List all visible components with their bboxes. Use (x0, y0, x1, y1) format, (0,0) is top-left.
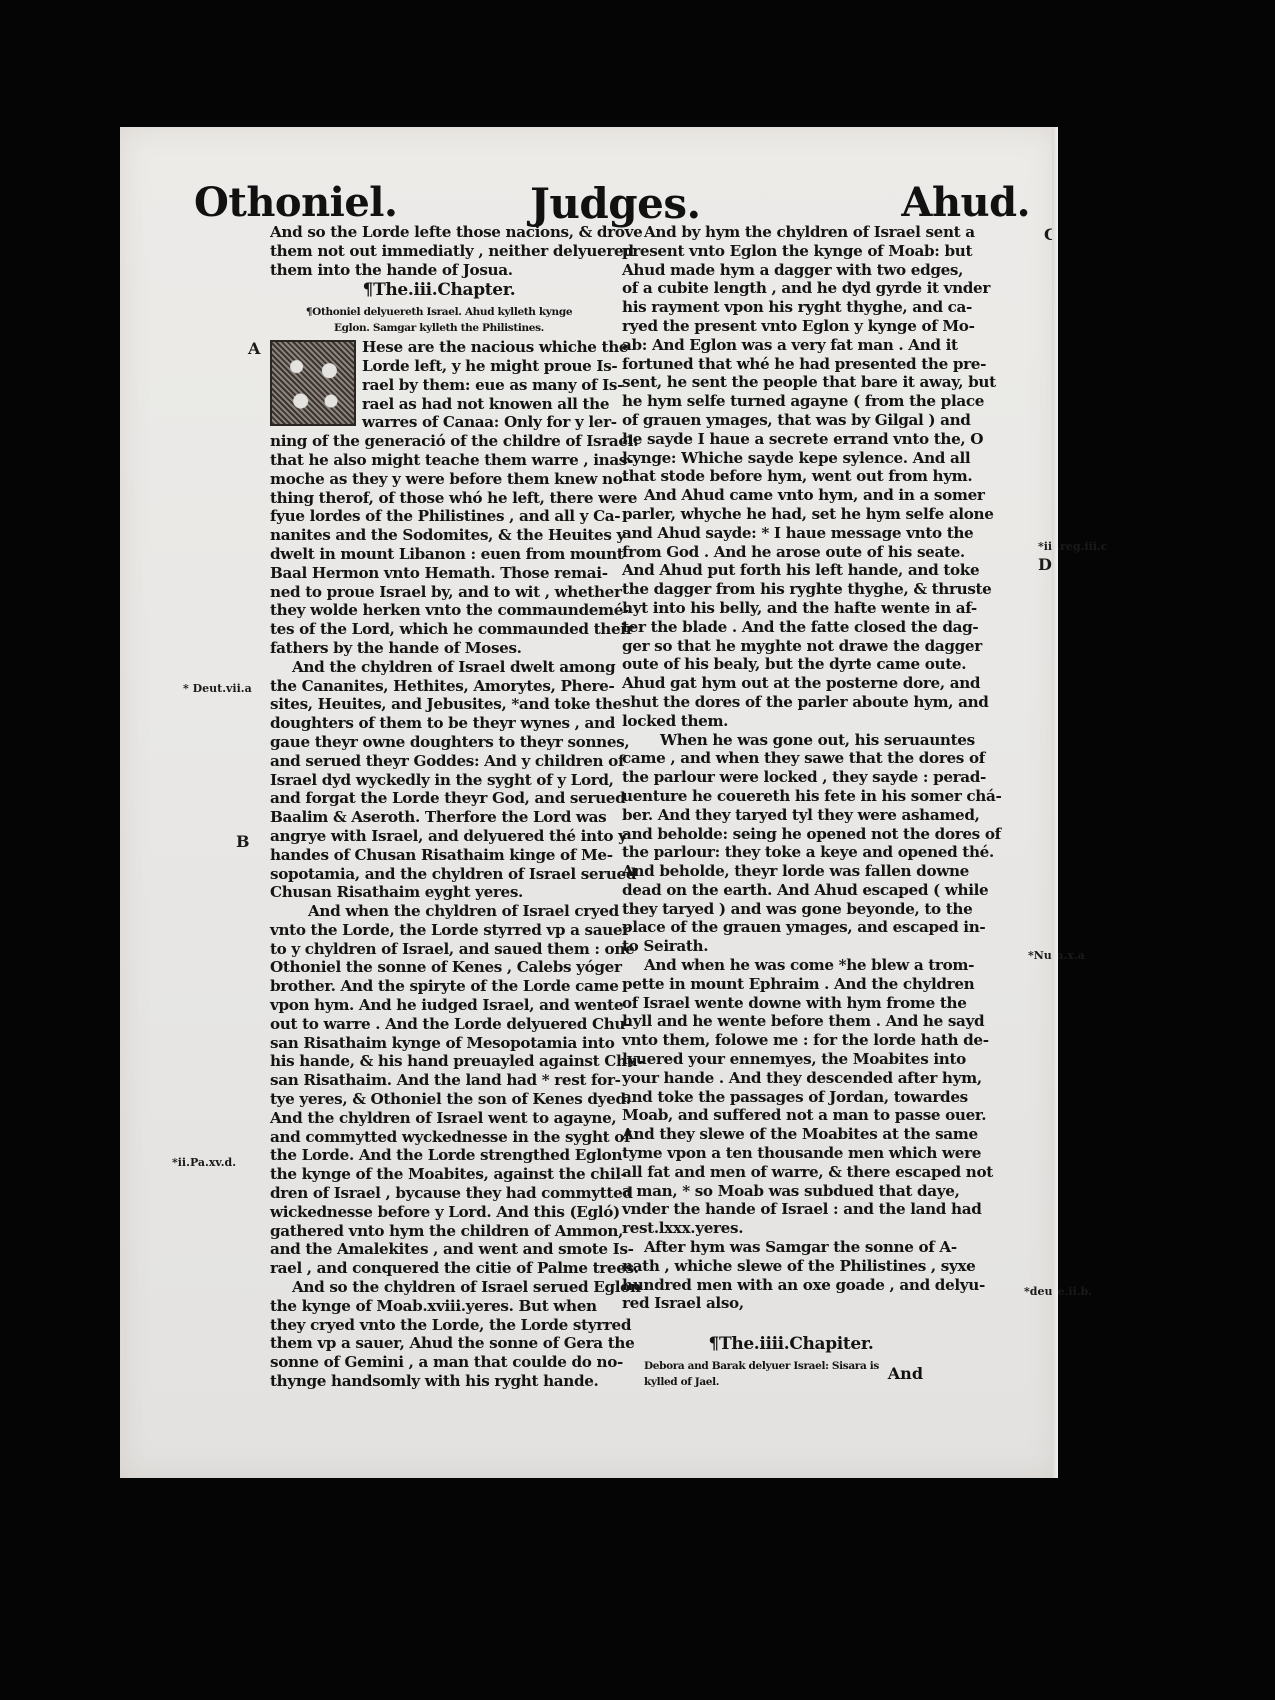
text-line: moche as they y were before them knew no… (270, 470, 608, 489)
text-line: dwelt in mount Libanon : euen from mount (270, 545, 608, 564)
margin-cross-reference: *Num.x.a (1028, 949, 1085, 962)
text-line: and beholde: seing he opened not the dor… (622, 825, 960, 844)
text-line: Baalim & Aseroth. Therfore the Lord was (270, 808, 608, 827)
text-line: thynge handsomly with his ryght hande. (270, 1372, 608, 1391)
text-line: Israel dyd wyckedly in the syght of y Lo… (270, 771, 608, 790)
text-line: ter the blade . And the fatte closed the… (622, 618, 960, 637)
text-line: them vp a sauer, Ahud the sonne of Gera … (270, 1334, 608, 1353)
text-line: After hym was Samgar the sonne of A- (622, 1238, 960, 1257)
text-line: Ahud made hym a dagger with two edges, (622, 261, 960, 280)
text-line: his hande, & his hand preuayled against … (270, 1052, 608, 1071)
text-line: And when he was come *he blew a trom- (622, 956, 960, 975)
text-line: vpon hym. And he iudged Israel, and went… (270, 996, 608, 1015)
margin-cross-reference: *deute.ii.b. (1024, 1285, 1092, 1298)
book-page: Othoniel. Judges. Ahud. And so the Lorde… (120, 127, 1058, 1478)
running-head-book-title: Judges. (530, 179, 701, 228)
text-line: sopotamia, and the chyldren of Israel se… (270, 865, 608, 884)
text-line: of a cubite length , and he dyd gyrde it… (622, 279, 960, 298)
text-line: angrye with Israel, and delyuered thé in… (270, 827, 608, 846)
margin-section-letter: D (1038, 555, 1052, 574)
text-line: ning of the generació of the childre of … (270, 432, 608, 451)
chapter-summary-line: Eglon. Samgar kylleth the Philistines. (270, 322, 608, 334)
chapter-heading: ¶The.iii.Chapter. (270, 281, 608, 300)
text-line: red Israel also, (622, 1294, 960, 1313)
text-line: And so the Lorde lefte those nacions, & … (270, 223, 608, 242)
text-line: And Ahud came vnto hym, and in a somer (622, 486, 960, 505)
text-line: ber. And they taryed tyl they were asham… (622, 806, 960, 825)
text-line: kynge: Whiche sayde kepe sylence. And al… (622, 449, 960, 468)
text-line: And they slewe of the Moabites at the sa… (622, 1125, 960, 1144)
text-line: of Israel wente downe with hym frome the (622, 994, 960, 1013)
text-line: And Ahud put forth his left hande, and t… (622, 561, 960, 580)
text-line: ryed the present vnto Eglon y kynge of M… (622, 317, 960, 336)
chapter-heading: ¶The.iiii.Chapiter. (622, 1335, 960, 1354)
text-line: and the Amalekites , and went and smote … (270, 1240, 608, 1259)
text-line: and commytted wyckednesse in the syght o… (270, 1128, 608, 1147)
text-line: parler, whyche he had, set he hym selfe … (622, 505, 960, 524)
margin-section-letter: B (236, 832, 250, 851)
text-line: place of the grauen ymages, and escaped … (622, 918, 960, 937)
text-line: hundred men with an oxe goade , and dely… (622, 1276, 960, 1295)
margin-cross-reference: * Deut.vii.a (183, 682, 252, 695)
text-line: the dagger from his ryghte thyghe, & thr… (622, 580, 960, 599)
text-line: they wolde herken vnto the commaundemé- (270, 601, 608, 620)
text-line: that stode before hym, went out from hym… (622, 467, 960, 486)
text-line: And so the chyldren of Israel serued Egl… (270, 1278, 608, 1297)
text-line: present vnto Eglon the kynge of Moab: bu… (622, 242, 960, 261)
text-line: pette in mount Ephraim . And the chyldre… (622, 975, 960, 994)
text-line: gathered vnto hym the children of Ammon, (270, 1222, 608, 1241)
text-line: uenture he couereth his fete in his some… (622, 787, 960, 806)
text-line: san Risathaim. And the land had * rest f… (270, 1071, 608, 1090)
text-line: And when the chyldren of Israel cryed (270, 902, 608, 921)
text-line: hyt into his belly, and the hafte wente … (622, 599, 960, 618)
text-line: fathers by the hande of Moses. (270, 639, 608, 658)
decorated-initial-icon (270, 340, 356, 426)
running-head-right: Ahud. (901, 179, 1030, 226)
text-line: the Cananites, Hethites, Amorytes, Phere… (270, 677, 608, 696)
text-line: ab: And Eglon was a very fat man . And i… (622, 336, 960, 355)
text-line: handes of Chusan Risathaim kinge of Me- (270, 846, 608, 865)
text-line: and toke the passages of Jordan, towarde… (622, 1088, 960, 1107)
text-line: dren of Israel , bycause they had commyt… (270, 1184, 608, 1203)
text-line: sonne of Gemini , a man that coulde do n… (270, 1353, 608, 1372)
text-line: fyue lordes of the Philistines , and all… (270, 507, 608, 526)
text-line: gaue theyr owne doughters to theyr sonne… (270, 733, 608, 752)
initial-paragraph: Hese are the nacious whiche the Lorde le… (270, 338, 608, 432)
text-line: them not out immediatly , neither delyue… (270, 242, 608, 261)
text-line: rest.lxxx.yeres. (622, 1219, 960, 1238)
text-line: a man, * so Moab was subdued that daye, (622, 1182, 960, 1201)
text-line: shut the dores of the parler aboute hym,… (622, 693, 960, 712)
text-line: Baal Hermon vnto Hemath. Those remai- (270, 564, 608, 583)
text-line: Moab, and suffered not a man to passe ou… (622, 1106, 960, 1125)
chapter-summary-line: ¶Othoniel delyuereth Israel. Ahud kyllet… (270, 306, 608, 318)
text-line: the Lorde. And the Lorde strengthed Eglo… (270, 1146, 608, 1165)
text-line: hyll and he wente before them . And he s… (622, 1012, 960, 1031)
text-line: and serued theyr Goddes: And y children … (270, 752, 608, 771)
text-line: he sayde I haue a secrete errand vnto th… (622, 430, 960, 449)
text-line: that he also might teache them warre , i… (270, 451, 608, 470)
text-line: And by hym the chyldren of Israel sent a (622, 223, 960, 242)
text-line: to y chyldren of Israel, and saued them … (270, 940, 608, 959)
text-line: from God . And he arose oute of his seat… (622, 543, 960, 562)
text-line: wickednesse before y Lord. And this (Egl… (270, 1203, 608, 1222)
text-line: came , and when they sawe that the dores… (622, 749, 960, 768)
text-line: them into the hande of Josua. (270, 261, 608, 280)
text-line: and forgat the Lorde theyr God, and seru… (270, 789, 608, 808)
text-line: out to warre . And the Lorde delyuered C… (270, 1015, 608, 1034)
text-line: fortuned that whé he had presented the p… (622, 355, 960, 374)
text-line: Othoniel the sonne of Kenes , Calebs yóg… (270, 958, 608, 977)
text-line: your hande . And they descended after hy… (622, 1069, 960, 1088)
text-line: the parlour: they toke a keye and opened… (622, 843, 960, 862)
text-line: vnto the Lorde, the Lorde styrred vp a s… (270, 921, 608, 940)
text-line: lyuered your ennemyes, the Moabites into (622, 1050, 960, 1069)
text-line: tyme vpon a ten thousande men which were (622, 1144, 960, 1163)
text-line: ger so that he myghte not drawe the dagg… (622, 637, 960, 656)
text-line: brother. And the spiryte of the Lorde ca… (270, 977, 608, 996)
text-line: san Risathaim kynge of Mesopotamia into (270, 1034, 608, 1053)
right-column: And by hym the chyldren of Israel sent a… (622, 223, 960, 1392)
text-line: And beholde, theyr lorde was fallen down… (622, 862, 960, 881)
text-line: sites, Heuites, and Jebusites, *and toke… (270, 695, 608, 714)
text-line: the kynge of Moab.xviii.yeres. But when (270, 1297, 608, 1316)
text-line: all fat and men of warre, & there escape… (622, 1163, 960, 1182)
text-line: the parlour were locked , they sayde : p… (622, 768, 960, 787)
text-line: oute of his bealy, but the dyrte came ou… (622, 655, 960, 674)
text-line: nanites and the Sodomites, & the Heuites… (270, 526, 608, 545)
text-line: tye yeres, & Othoniel the son of Kenes d… (270, 1090, 608, 1109)
text-line: dead on the earth. And Ahud escaped ( wh… (622, 881, 960, 900)
text-line: nath , whiche slewe of the Philistines ,… (622, 1257, 960, 1276)
text-line: he hym selfe turned agayne ( from the pl… (622, 392, 960, 411)
text-line: sent, he sent the people that bare it aw… (622, 373, 960, 392)
text-line: of grauen ymages, that was by Gilgal ) a… (622, 411, 960, 430)
left-column: And so the Lorde lefte those nacions, & … (270, 223, 608, 1391)
text-line: And the chyldren of Israel went to agayn… (270, 1109, 608, 1128)
text-line: vnto them, folowe me : for the lorde hat… (622, 1031, 960, 1050)
margin-section-letter: A (248, 339, 260, 358)
text-line: When he was gone out, his seruauntes (622, 731, 960, 750)
running-head-left: Othoniel. (194, 179, 397, 226)
text-line: Ahud gat hym out at the posterne dore, a… (622, 674, 960, 693)
margin-cross-reference: *ii.Pa.xv.d. (172, 1156, 236, 1169)
text-line: vnder the hande of Israel : and the land… (622, 1200, 960, 1219)
text-line: doughters of them to be theyr wynes , an… (270, 714, 608, 733)
text-line: And the chyldren of Israel dwelt among (270, 658, 608, 677)
text-line: they cryed vnto the Lorde, the Lorde sty… (270, 1316, 608, 1335)
text-line: tes of the Lord, which he commaunded the… (270, 620, 608, 639)
text-line: locked them. (622, 712, 960, 731)
text-line: to Seirath. (622, 937, 960, 956)
text-line: rael , and conquered the citie of Palme … (270, 1259, 608, 1278)
text-line: the kynge of the Moabites, against the c… (270, 1165, 608, 1184)
text-line: his rayment vpon his ryght thyghe, and c… (622, 298, 960, 317)
margin-cross-reference: *iii.reg.iii.c (1038, 540, 1108, 553)
margin-section-letter: C (1044, 225, 1057, 244)
text-line: and Ahud sayde: * I haue message vnto th… (622, 524, 960, 543)
catchword: And (888, 1364, 923, 1383)
text-line: Chusan Risathaim eyght yeres. (270, 883, 608, 902)
text-line: they taryed ) and was gone beyonde, to t… (622, 900, 960, 919)
text-line: ned to proue Israel by, and to wit , whe… (270, 583, 608, 602)
text-line: thing therof, of those whó he left, ther… (270, 489, 608, 508)
